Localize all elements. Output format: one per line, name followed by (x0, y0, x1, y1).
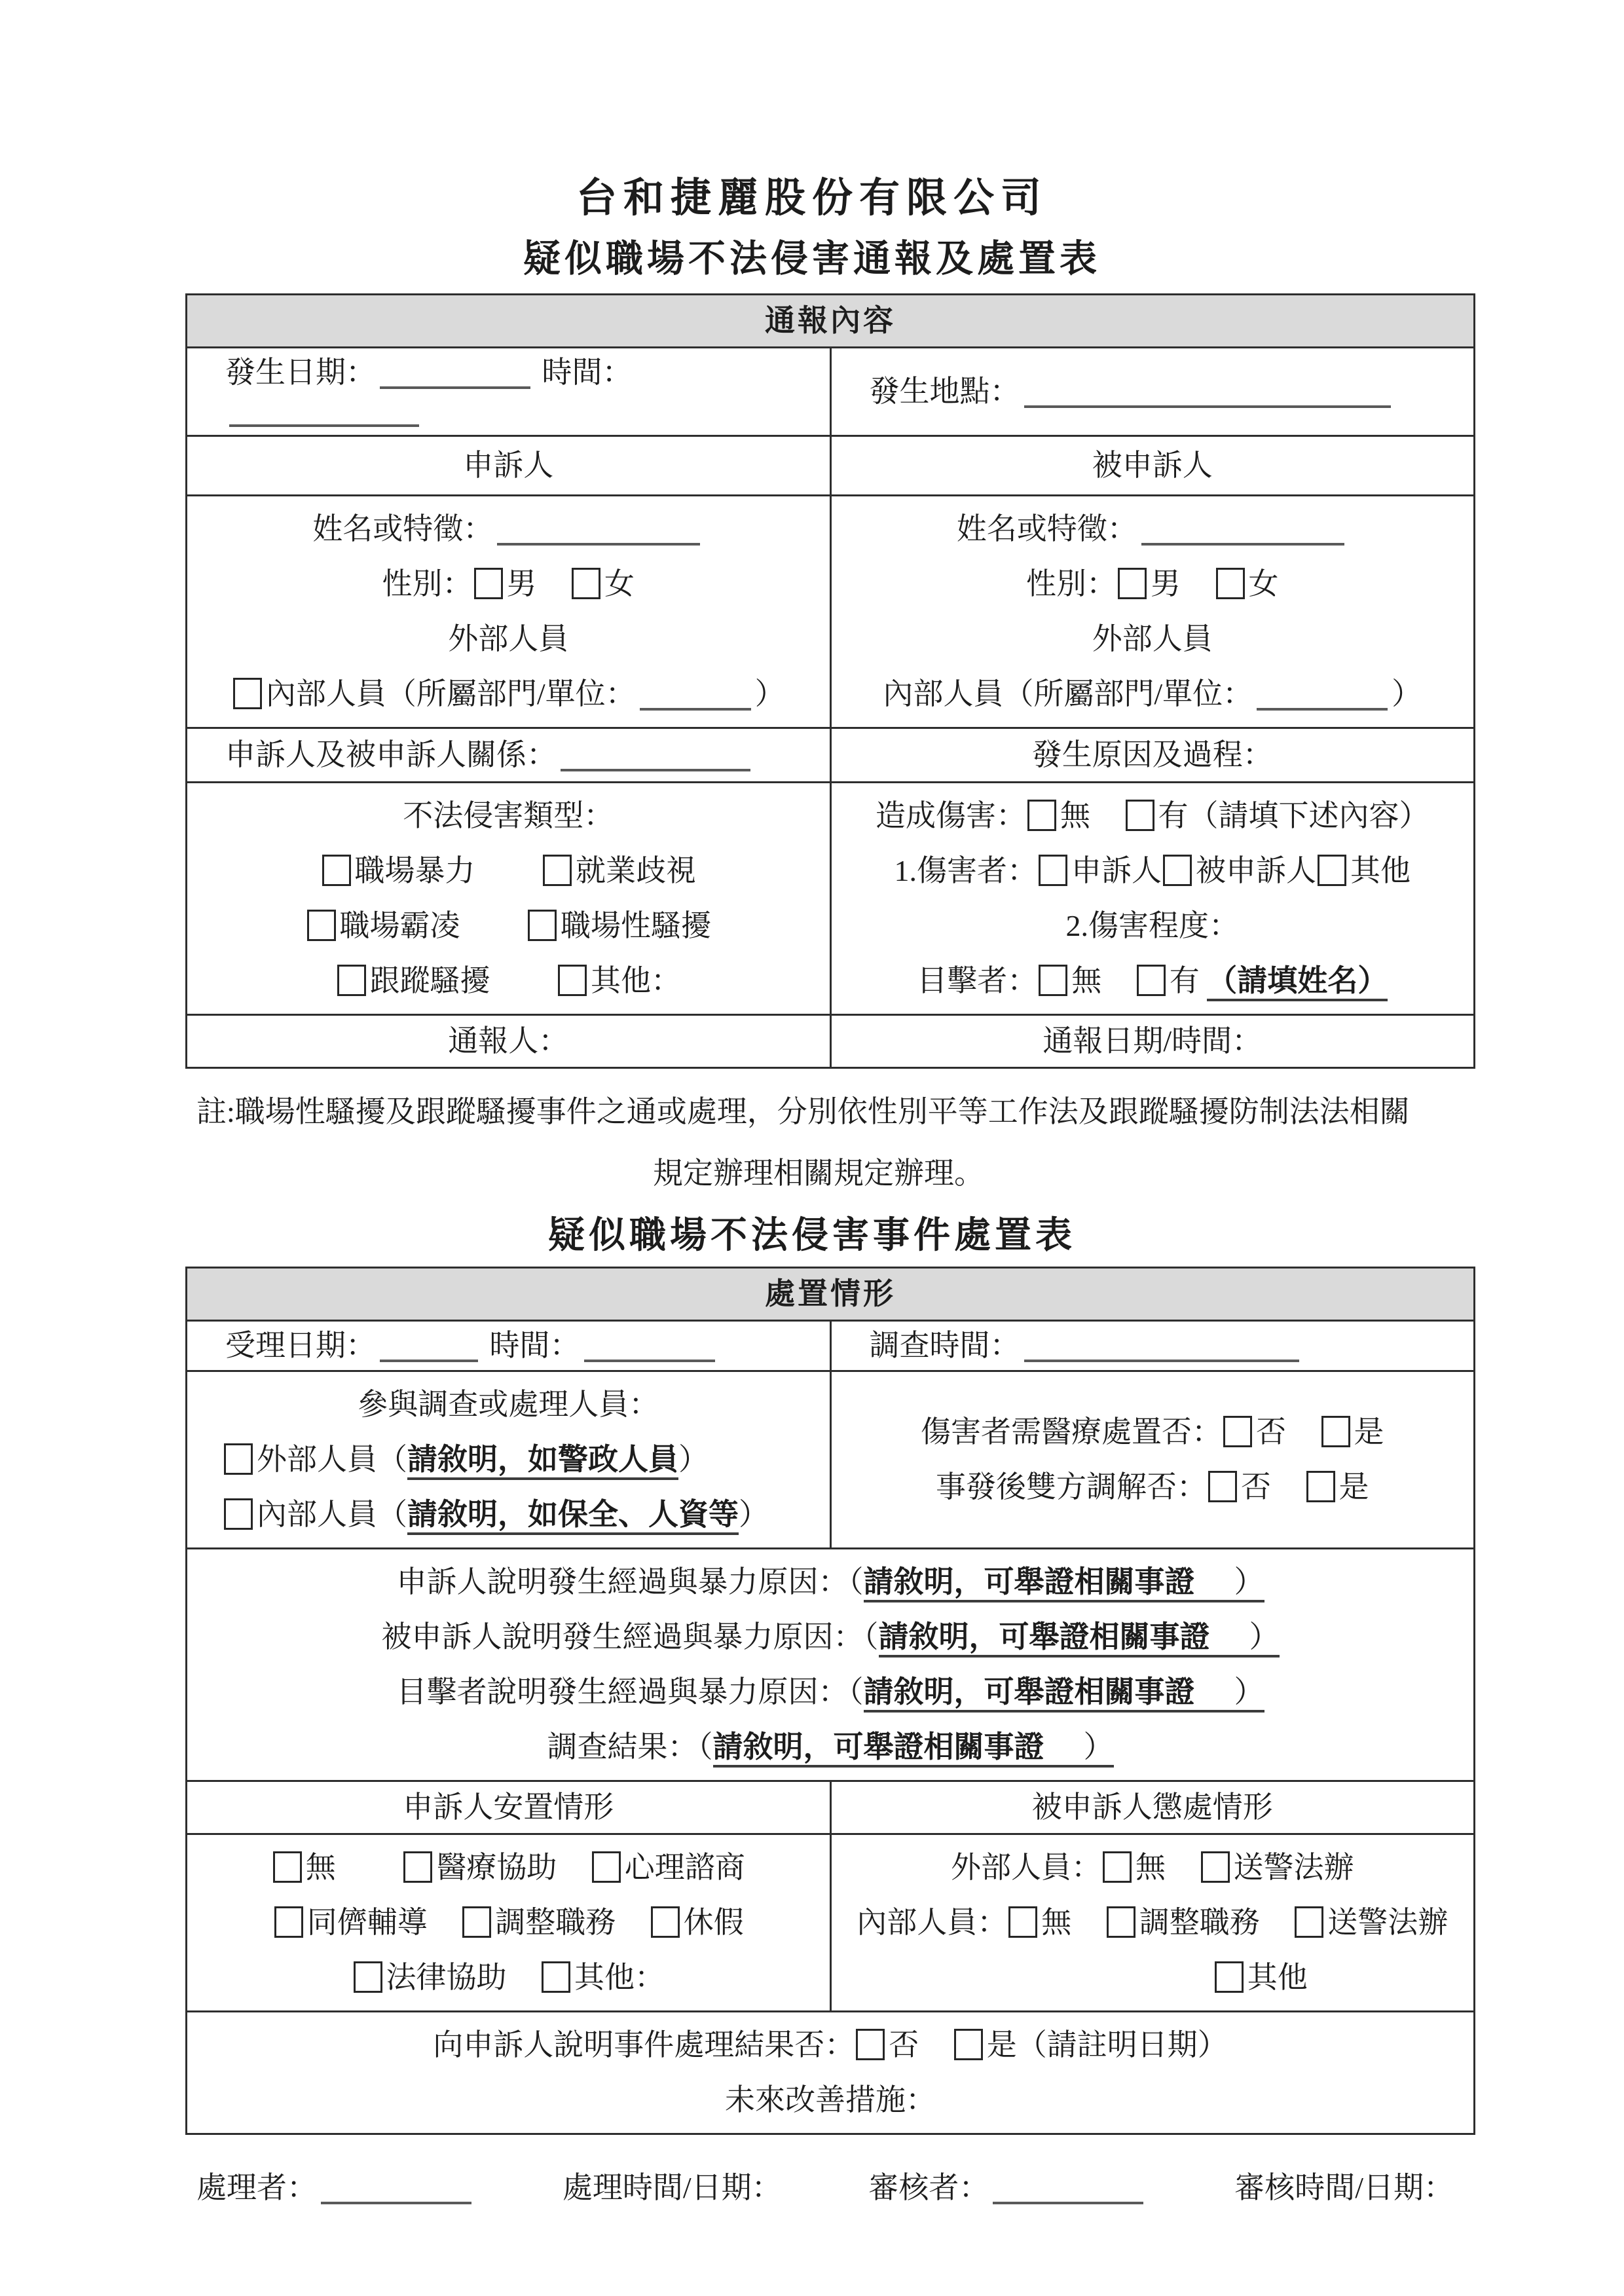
disc-int-adjust-label: 調整職務 (1139, 1906, 1260, 1939)
occur-date-label: 發生日期： (225, 356, 376, 389)
cb-explain-yes[interactable] (954, 2029, 983, 2060)
cb-placement-medical[interactable] (403, 1851, 432, 1883)
placement-counseling-label: 心理諮商 (625, 1851, 745, 1884)
witness-line: 目擊者：無 有 （請填姓名） (841, 954, 1465, 1009)
respondent-male-label: 男 (1151, 567, 1181, 601)
medical-line: 傷害者需醫療處置否：否 是 (841, 1405, 1465, 1460)
blank-complainant-name[interactable] (497, 515, 700, 546)
blank-occur-time[interactable] (229, 397, 419, 427)
occur-time-label: 時間： (542, 356, 633, 389)
witness-none-label: 無 (1071, 964, 1101, 997)
discipline-int-label: 內部人員： (857, 1906, 1007, 1939)
note-line-2: 規定辦理相關規定辦理。 (196, 1154, 1441, 1193)
paren-close: ） (1234, 1675, 1264, 1709)
type-stalking-label: 跟蹤騷擾 (370, 964, 490, 997)
blank-respondent-name[interactable] (1141, 515, 1344, 546)
cb-type-workplace-violence[interactable] (322, 855, 351, 886)
cb-respondent-male[interactable] (1118, 568, 1147, 599)
cb-complainant-female[interactable] (572, 568, 600, 599)
cb-disc-int-police[interactable] (1295, 1906, 1323, 1938)
discipline-ext-line: 外部人員：無 送警法辦 (841, 1840, 1465, 1895)
cb-injured-complainant[interactable] (1039, 855, 1067, 886)
blank-complainant-dept[interactable] (640, 680, 751, 711)
discipline-options-cell: 外部人員：無 送警法辦 內部人員：無 調整職務 送警法辦 其他 (830, 1834, 1475, 2012)
witness-yes-label: 有 (1170, 964, 1200, 997)
cb-injured-respondent[interactable] (1163, 855, 1192, 886)
cause-label: 發生原因及過程： (1032, 738, 1273, 771)
respondent-header: 被申訴人 (1092, 449, 1213, 482)
participants-title-line: 參與調查或處理人員： (196, 1377, 821, 1432)
blank-relation[interactable] (561, 741, 750, 771)
complainant-gender-label: 性別： (382, 567, 473, 601)
paren-open: （ (849, 1675, 864, 1709)
cb-medical-no[interactable] (1223, 1416, 1252, 1447)
report-datetime-cell: 通報日期/時間： (830, 1015, 1475, 1068)
cb-harm-none[interactable] (1027, 800, 1056, 831)
placement-options-cell: 無 醫療協助 心理諮商 同儕輔導 調整職務 休假 法律協助 其他： (187, 1834, 831, 2012)
disc-other-label: 其他 (1247, 1961, 1308, 1994)
participant-internal-line: 內部人員（請敘明，如保全、人資等） (196, 1487, 821, 1542)
harm-none-label: 無 (1060, 799, 1090, 832)
accept-datetime-cell: 受理日期： 時間： (187, 1321, 831, 1371)
stmt-respondent-hint: 請敘明，可舉證相關事證 (879, 1620, 1210, 1654)
placement-line-2: 同儕輔導 調整職務 休假 (196, 1895, 821, 1950)
participant-external-label: 外部人員 (257, 1443, 377, 1476)
participant-external-hint: 請敘明，如警政人員 (407, 1443, 678, 1480)
medical-yes-label: 是 (1354, 1415, 1384, 1449)
company-title: 台和捷麗股份有限公司 (0, 176, 1624, 221)
respondent-gender-label: 性別： (1026, 567, 1116, 601)
violation-type-line-1: 職場暴力 就業歧視 (196, 843, 821, 898)
handle-datetime-label: 處理時間/日期： (563, 2164, 782, 2207)
stmt-witness-line: 目擊者說明發生經過與暴力原因：（請敘明，可舉證相關事證） (196, 1665, 1464, 1720)
cb-complainant-male[interactable] (474, 568, 503, 599)
respondent-info-cell: 姓名或特徵： 性別：男 女 外部人員 內部人員（所屬部門/單位：） (830, 496, 1475, 728)
placement-line-1: 無 醫療協助 心理諮商 (196, 1840, 821, 1895)
discipline-header-cell: 被申訴人懲處情形 (830, 1781, 1475, 1834)
placement-other-label: 其他： (574, 1961, 665, 1994)
type-workplace-bullying-label: 職場霸凌 (340, 909, 460, 942)
result-explain-cell: 向申訴人說明事件處理結果否：否 是（請註明日期） 未來改善措施： (187, 2012, 1475, 2134)
report-section-header: 通報內容 (187, 295, 1475, 348)
discipline-header: 被申訴人懲處情形 (1032, 1790, 1273, 1824)
complainant-name-line: 姓名或特徵： (196, 502, 821, 557)
placement-legal-label: 法律協助 (386, 1961, 507, 1994)
medical-no-label: 否 (1256, 1415, 1286, 1449)
blank-handler[interactable] (321, 2174, 471, 2204)
respondent-header-cell: 被申訴人 (830, 436, 1475, 496)
improve-label: 未來改善措施： (725, 2083, 936, 2117)
violation-type-line-2: 職場霸凌 職場性騷擾 (196, 898, 821, 954)
cb-placement-counseling[interactable] (592, 1851, 621, 1883)
cb-placement-leave[interactable] (651, 1906, 680, 1938)
paren-close: ） (739, 1498, 769, 1531)
cb-harm-yes[interactable] (1126, 800, 1154, 831)
cb-type-workplace-sexual-harassment[interactable] (528, 910, 557, 941)
stmt-result-hint: 請敘明，可舉證相關事證 (713, 1730, 1044, 1764)
cb-mediation-yes[interactable] (1306, 1471, 1335, 1502)
injured-label: 1.傷害者： (895, 854, 1038, 887)
review-datetime-label: 審核時間/日期： (1234, 2164, 1454, 2207)
stmt-respondent-label: 被申訴人說明發生經過與暴力原因： (382, 1620, 864, 1654)
placement-medical-label: 醫療協助 (436, 1851, 557, 1884)
medical-label: 傷害者需醫療處置否： (921, 1415, 1222, 1449)
respondent-internal-label: 內部人員 (883, 677, 1003, 711)
placement-none-label: 無 (306, 1851, 336, 1884)
harm-yes-label: 有（請填下述內容） (1158, 799, 1430, 832)
signature-row: 處理者： 處理時間/日期： 審核者： 審核時間/日期： (196, 2164, 1454, 2207)
report-datetime-label: 通報日期/時間： (1043, 1024, 1262, 1058)
mediation-yes-label: 是 (1339, 1470, 1369, 1504)
complainant-internal-label: 內部人員 (266, 677, 386, 711)
cb-disc-int-none[interactable] (1008, 1906, 1037, 1938)
handler-label: 處理者： (196, 2171, 317, 2204)
accept-time-label: 時間： (490, 1329, 580, 1362)
reporter-label: 通報人： (448, 1024, 568, 1058)
participants-cell: 參與調查或處理人員： 外部人員（請敘明，如警政人員） 內部人員（請敘明，如保全、… (187, 1371, 831, 1549)
cb-disc-int-adjust[interactable] (1107, 1906, 1135, 1938)
type-workplace-sexual-harassment-label: 職場性騷擾 (561, 909, 711, 942)
complainant-name-label: 姓名或特徵： (312, 512, 493, 546)
placement-header: 申訴人安置情形 (403, 1790, 614, 1824)
cb-placement-none[interactable] (273, 1851, 302, 1883)
disposal-section-header: 處置情形 (187, 1268, 1475, 1321)
improve-line: 未來改善措施： (196, 2073, 1464, 2128)
participant-internal-label: 內部人員 (257, 1498, 377, 1531)
cb-explain-no[interactable] (856, 2029, 885, 2060)
paren-open: （ (849, 1565, 864, 1599)
complainant-info-cell: 姓名或特徵： 性別：男 女 外部人員 內部人員（所屬部門/單位：） (187, 496, 831, 728)
paren-open: （ (377, 1498, 407, 1531)
blank-occur-date[interactable] (380, 359, 530, 389)
participant-external-line: 外部人員（請敘明，如警政人員） (196, 1432, 821, 1487)
severity-label: 2.傷害程度： (1066, 909, 1240, 942)
paren-open: （ (698, 1730, 713, 1764)
note-line-1: 註:職場性騷擾及跟蹤騷擾事件之通或處理，分別依性別平等工作法及跟蹤騷擾防制法法相… (196, 1092, 1441, 1132)
placement-header-cell: 申訴人安置情形 (187, 1781, 831, 1834)
harm-label: 造成傷害： (876, 799, 1026, 832)
cb-placement-other[interactable] (542, 1961, 570, 1993)
cell-occur-place: 發生地點： (830, 348, 1475, 436)
participant-internal-hint: 請敘明，如保全、人資等 (407, 1498, 739, 1535)
scanned-form-page: 台和捷麗股份有限公司 疑似職場不法侵害通報及處置表 通報內容 發生日期： 時間：… (0, 0, 1624, 2296)
complainant-header: 申訴人 (463, 449, 553, 482)
paren-open: （ (864, 1620, 879, 1654)
accept-date-label: 受理日期： (225, 1329, 376, 1362)
report-table: 通報內容 發生日期： 時間： 發生地點： 申訴人 被申訴人 姓名或特徵： (185, 293, 1475, 1069)
violation-type-title-line: 不法侵害類型： (196, 788, 821, 843)
severity-line: 2.傷害程度： (841, 898, 1465, 954)
discipline-other-line: 其他 (841, 1950, 1465, 2005)
witness-label: 目擊者： (917, 964, 1037, 997)
cb-type-employment-discrimination[interactable] (543, 855, 572, 886)
cb-type-other[interactable] (558, 965, 587, 996)
disc-ext-police-label: 送警法辦 (1234, 1851, 1354, 1884)
complainant-internal-open: （所屬部門/單位： (386, 677, 636, 711)
medical-mediation-cell: 傷害者需醫療處置否：否 是 事發後雙方調解否：否 是 (830, 1371, 1475, 1549)
participants-label: 參與調查或處理人員： (358, 1388, 659, 1421)
disc-int-none-label: 無 (1041, 1906, 1071, 1939)
stmt-result-line: 調查結果：（請敘明，可舉證相關事證） (196, 1720, 1464, 1775)
stmt-complainant-line: 申訴人說明發生經過與暴力原因：（請敘明，可舉證相關事證） (196, 1555, 1464, 1610)
complainant-external-line: 外部人員 (196, 612, 821, 667)
investigation-time-cell: 調查時間： (830, 1321, 1475, 1371)
harm-cell: 造成傷害：無 有（請填下述內容） 1.傷害者：申訴人被申訴人其他 2.傷害程度：… (830, 783, 1475, 1015)
placement-adjust-label: 調整職務 (495, 1906, 616, 1939)
paren-close: ） (678, 1443, 709, 1476)
cb-type-workplace-bullying[interactable] (307, 910, 336, 941)
paren-close: ） (1084, 1730, 1114, 1764)
placement-line-3: 法律協助 其他： (196, 1950, 821, 2005)
report-form-title: 疑似職場不法侵害通報及處置表 (0, 238, 1624, 280)
discipline-int-line: 內部人員：無 調整職務 送警法辦 (841, 1895, 1465, 1950)
injured-line: 1.傷害者：申訴人被申訴人其他 (841, 843, 1465, 898)
blank-accept-date[interactable] (380, 1332, 478, 1362)
cb-witness-none[interactable] (1039, 965, 1067, 996)
respondent-external-label: 外部人員 (1092, 622, 1213, 656)
reporter-cell: 通報人： (187, 1015, 831, 1068)
mediation-line: 事發後雙方調解否：否 是 (841, 1460, 1465, 1515)
cb-mediation-no[interactable] (1208, 1471, 1237, 1502)
harm-line: 造成傷害：無 有（請填下述內容） (841, 788, 1465, 843)
handler-group: 處理者： (196, 2164, 475, 2207)
blank-investigation-time[interactable] (1024, 1332, 1299, 1362)
blank-respondent-dept[interactable] (1257, 680, 1388, 711)
disc-ext-none-label: 無 (1135, 1851, 1166, 1884)
respondent-female-label: 女 (1249, 567, 1279, 601)
cb-respondent-female[interactable] (1216, 568, 1245, 599)
cb-placement-adjust[interactable] (462, 1906, 491, 1938)
type-employment-discrimination-label: 就業歧視 (576, 854, 696, 887)
type-other-label: 其他： (591, 964, 681, 997)
cb-type-stalking[interactable] (337, 965, 366, 996)
placement-leave-label: 休假 (684, 1906, 744, 1939)
respondent-name-line: 姓名或特徵： (841, 502, 1465, 557)
violation-type-line-3: 跟蹤騷擾 其他： (196, 954, 821, 1009)
respondent-internal-line: 內部人員（所屬部門/單位：） (841, 667, 1465, 722)
paren-open: （ (377, 1443, 407, 1476)
reviewer-group: 審核者： (868, 2164, 1147, 2207)
complainant-gender-line: 性別：男 女 (196, 557, 821, 612)
respondent-gender-line: 性別：男 女 (841, 557, 1465, 612)
relation-cell: 申訴人及被申訴人關係： (187, 728, 831, 783)
explain-yes-label: 是（請註明日期） (987, 2028, 1228, 2062)
violation-type-cell: 不法侵害類型： 職場暴力 就業歧視 職場霸凌 職場性騷擾 跟蹤騷擾 其他： (187, 783, 831, 1015)
cb-disc-other[interactable] (1215, 1961, 1244, 1993)
stmt-witness-hint: 請敘明，可舉證相關事證 (864, 1675, 1195, 1709)
paren-close: ） (1249, 1620, 1280, 1654)
type-workplace-violence-label: 職場暴力 (355, 854, 475, 887)
cb-placement-peer[interactable] (274, 1906, 303, 1938)
relation-label: 申訴人及被申訴人關係： (225, 738, 557, 771)
injured-complainant-label: 申訴人 (1071, 854, 1162, 887)
cell-occur-datetime: 發生日期： 時間： (187, 348, 831, 436)
stmt-result-label: 調查結果： (547, 1730, 698, 1764)
cb-injured-other[interactable] (1318, 855, 1346, 886)
investigation-time-label: 調查時間： (870, 1329, 1020, 1362)
explain-no-label: 否 (889, 2028, 919, 2062)
mediation-label: 事發後雙方調解否： (936, 1470, 1207, 1504)
blank-occur-place[interactable] (1024, 378, 1391, 408)
injured-other-label: 其他 (1350, 854, 1411, 887)
violation-type-label: 不法侵害類型： (403, 799, 614, 832)
complainant-female-label: 女 (604, 567, 635, 601)
explain-label: 向申訴人說明事件處理結果否： (433, 2028, 855, 2062)
cb-witness-yes[interactable] (1137, 965, 1166, 996)
occur-place-label: 發生地點： (870, 375, 1020, 408)
discipline-ext-label: 外部人員： (951, 1851, 1101, 1884)
cb-disc-ext-none[interactable] (1103, 1851, 1132, 1883)
respondent-name-label: 姓名或特徵： (957, 512, 1137, 546)
respondent-external-line: 外部人員 (841, 612, 1465, 667)
injured-respondent-label: 被申訴人 (1196, 854, 1316, 887)
stmt-witness-label: 目擊者說明發生經過與暴力原因： (397, 1675, 849, 1709)
complainant-external-label: 外部人員 (448, 622, 568, 656)
disc-int-police-label: 送警法辦 (1327, 1906, 1448, 1939)
cb-participant-external[interactable] (224, 1443, 253, 1475)
note-block: 註:職場性騷擾及跟蹤騷擾事件之通或處理，分別依性別平等工作法及跟蹤騷擾防制法法相… (196, 1092, 1441, 1193)
paren-close: ） (1234, 1565, 1264, 1599)
cb-medical-yes[interactable] (1321, 1416, 1350, 1447)
stmt-complainant-label: 申訴人說明發生經過與暴力原因： (397, 1565, 849, 1599)
stmt-respondent-line: 被申訴人說明發生經過與暴力原因：（請敘明，可舉證相關事證） (196, 1610, 1464, 1665)
blank-accept-time[interactable] (584, 1332, 715, 1362)
complainant-male-label: 男 (507, 567, 537, 601)
complainant-internal-line: 內部人員（所屬部門/單位：） (196, 667, 821, 722)
disposal-form-title: 疑似職場不法侵害事件處置表 (0, 1215, 1624, 1256)
respondent-internal-close: ） (1392, 677, 1422, 711)
statements-cell: 申訴人說明發生經過與暴力原因：（請敘明，可舉證相關事證） 被申訴人說明發生經過與… (187, 1549, 1475, 1781)
respondent-internal-open: （所屬部門/單位： (1003, 677, 1253, 711)
complainant-internal-close: ） (755, 677, 785, 711)
title-block: 台和捷麗股份有限公司 疑似職場不法侵害通報及處置表 (0, 0, 1624, 280)
cause-cell: 發生原因及過程： (830, 728, 1475, 783)
reviewer-label: 審核者： (868, 2171, 989, 2204)
stmt-complainant-hint: 請敘明，可舉證相關事證 (864, 1565, 1195, 1599)
cb-participant-internal[interactable] (224, 1498, 253, 1530)
placement-peer-label: 同儕輔導 (307, 1906, 428, 1939)
cb-placement-legal[interactable] (354, 1961, 382, 1993)
complainant-header-cell: 申訴人 (187, 436, 831, 496)
disposal-table: 處置情形 受理日期： 時間： 調查時間： 參與調查或處理人員： 外部人員（請敘明… (185, 1267, 1475, 2135)
cb-complainant-internal[interactable] (233, 678, 262, 709)
explain-line: 向申訴人說明事件處理結果否：否 是（請註明日期） (196, 2018, 1464, 2073)
witness-name-hint: （請填姓名） (1207, 964, 1388, 1001)
blank-reviewer[interactable] (993, 2174, 1143, 2204)
mediation-no-label: 否 (1241, 1470, 1271, 1504)
cb-disc-ext-police[interactable] (1201, 1851, 1230, 1883)
